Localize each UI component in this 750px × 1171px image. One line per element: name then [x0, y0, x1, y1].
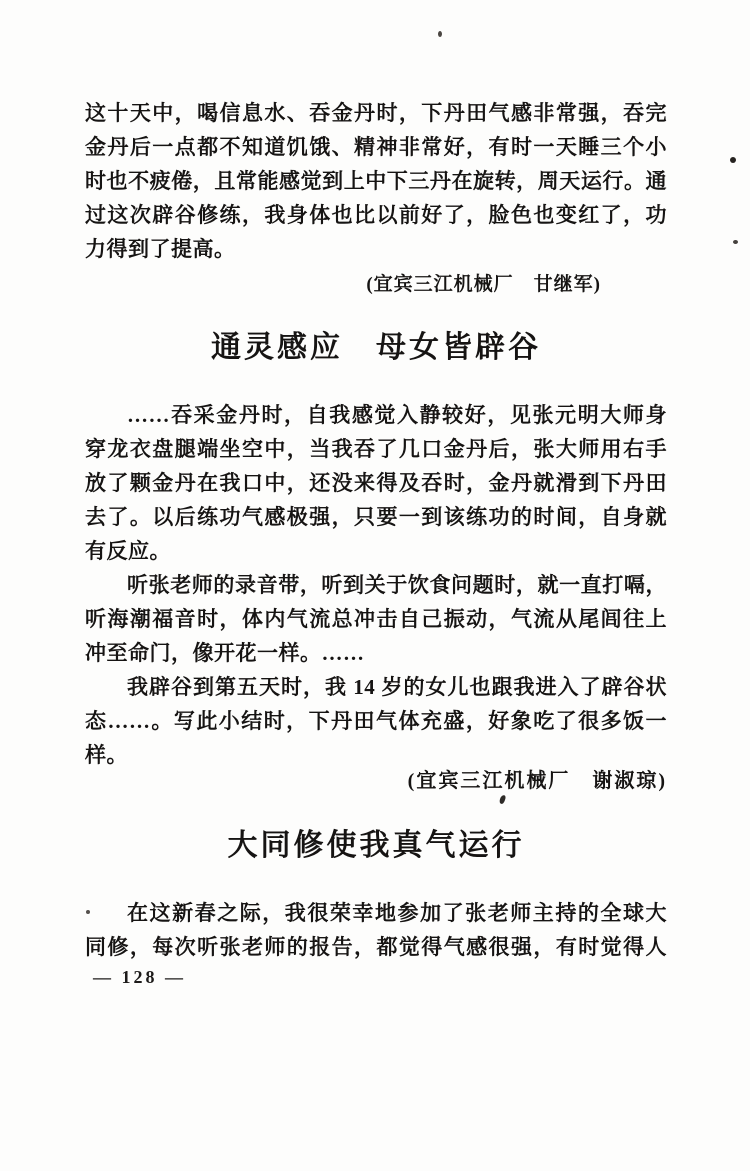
attribution-text: (宜宾三江机械厂 甘继军): [85, 270, 667, 300]
page-number: — 128 —: [93, 967, 186, 988]
paragraph-4: 我辟谷到第五天时，我 14 岁的女儿也跟我进入了辟谷状 态……。写此小结时，下丹…: [85, 670, 667, 772]
paragraph-3: 听张老师的录音带，听到关于饮食问题时，就一直打嗝， 听海潮福音时，体内气流总冲击…: [85, 568, 667, 670]
scan-speck: [438, 31, 442, 37]
text-line: 穿龙衣盘腿端坐空中，当我吞了几口金丹后，张大师用右手: [85, 432, 667, 466]
text-line: 过这次辟谷修练，我身体也比以前好了，脸色也变红了，功: [85, 198, 667, 232]
section-heading-1: 通灵感应 母女皆辟谷: [85, 326, 667, 370]
attribution-block-1: (宜宾三江机械厂 甘继军): [85, 270, 667, 300]
scan-speck: [733, 240, 738, 244]
text-line: 这十天中，喝信息水、吞金丹时，下丹田气感非常强，吞完: [85, 96, 667, 130]
text-line: 在这新春之际，我很荣幸地参加了张老师主持的全球大: [85, 896, 667, 930]
scan-speck: [86, 910, 90, 914]
paragraph-1: 这十天中，喝信息水、吞金丹时，下丹田气感非常强，吞完 金丹后一点都不知道饥饿、精…: [85, 96, 667, 266]
text-line: 听张老师的录音带，听到关于饮食问题时，就一直打嗝，: [85, 568, 667, 602]
text-line: 金丹后一点都不知道饥饿、精神非常好，有时一天睡三个小: [85, 130, 667, 164]
text-line: 有反应。: [85, 534, 667, 568]
book-page: 这十天中，喝信息水、吞金丹时，下丹田气感非常强，吞完 金丹后一点都不知道饥饿、精…: [0, 0, 750, 1171]
text-line: 态……。写此小结时，下丹田气体充盛，好象吃了很多饭一: [85, 704, 667, 738]
text-line: 时也不疲倦，且常能感觉到上中下三丹在旋转，周天运行。通: [85, 164, 667, 198]
paragraph-5: 在这新春之际，我很荣幸地参加了张老师主持的全球大 同修，每次听张老师的报告，都觉…: [85, 896, 667, 964]
attribution-text: (宜宾三江机械厂 谢淑琼): [85, 766, 667, 796]
paragraph-2: ……吞采金丹时，自我感觉入静较好，见张元明大师身 穿龙衣盘腿端坐空中，当我吞了几…: [85, 398, 667, 568]
text-line: 去了。以后练功气感极强，只要一到该练功的时间，自身就: [85, 500, 667, 534]
section-heading-2: 大同修使我真气运行: [85, 824, 667, 868]
heading-text: 大同修使我真气运行: [85, 824, 667, 868]
text-line: 听海潮福音时，体内气流总冲击自己振动，气流从尾闾往上: [85, 602, 667, 636]
scan-speck: [730, 157, 736, 163]
text-line: ……吞采金丹时，自我感觉入静较好，见张元明大师身: [85, 398, 667, 432]
text-line: 冲至命门，像开花一样。……: [85, 636, 667, 670]
attribution-block-2: (宜宾三江机械厂 谢淑琼): [85, 766, 667, 796]
text-line: 放了颗金丹在我口中，还没来得及吞时，金丹就滑到下丹田: [85, 466, 667, 500]
text-line: 同修，每次听张老师的报告，都觉得气感很强，有时觉得人: [85, 930, 667, 964]
heading-text: 通灵感应 母女皆辟谷: [85, 326, 667, 370]
text-line: 我辟谷到第五天时，我 14 岁的女儿也跟我进入了辟谷状: [85, 670, 667, 704]
text-line: 力得到了提高。: [85, 232, 667, 266]
